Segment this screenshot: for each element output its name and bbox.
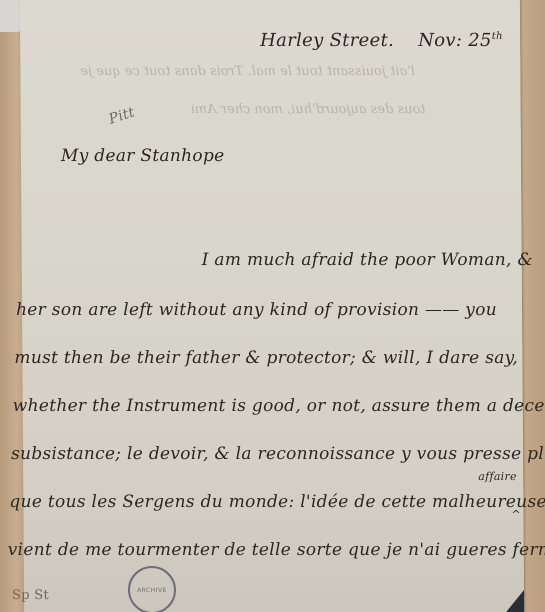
bleed-through-line: l'ait jouissant tout le mal. Trois dans … — [80, 64, 415, 79]
insertion-caret: ^ — [511, 508, 521, 521]
marginal-note: Pitt — [107, 104, 137, 127]
body-line-6: que tous les Sergens du monde: l'idée de… — [9, 492, 545, 512]
date: Nov: 25 — [418, 30, 492, 51]
stamp-text: ARCHIVE — [137, 587, 167, 594]
body-line-3: must then be their father & protector; &… — [14, 348, 518, 368]
body-line-5: subsistance; le devoir, & la reconnoissa… — [11, 444, 545, 464]
body-line-7: vient de me tourmenter de telle sorte qu… — [8, 540, 545, 560]
insertion-word: affaire — [478, 470, 517, 483]
salutation: My dear Stanhope — [61, 146, 225, 166]
page-corner-shadow — [506, 590, 524, 612]
bleed-through-line: tous des aujourd'hui, mon cher Ami — [191, 102, 426, 117]
archive-stamp: ARCHIVE — [128, 566, 176, 612]
body-line-1: I am much afraid the poor Woman, & — [202, 250, 533, 270]
date-superscript: th — [492, 31, 503, 42]
address: Harley Street. — [260, 30, 394, 51]
body-line-2: her son are left without any kind of pro… — [16, 300, 497, 320]
pencil-archive-note: Sp St — [12, 588, 49, 603]
letter-header: Harley Street. Nov: 25th — [260, 30, 503, 51]
letter-page: l'ait jouissant tout le mal. Trois dans … — [20, 0, 524, 612]
body-line-4: whether the Instrument is good, or not, … — [13, 396, 545, 416]
